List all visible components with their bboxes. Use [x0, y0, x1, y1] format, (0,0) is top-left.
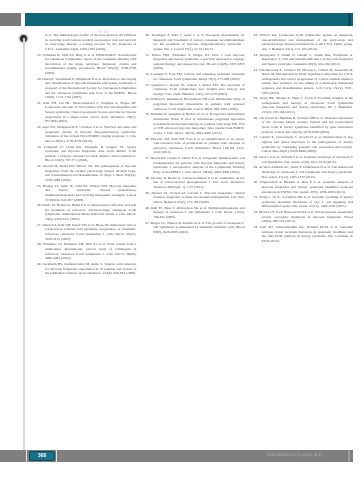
reference-number: 20.	[37, 77, 42, 81]
reference-entry: 33. Querfeld C, Rosen ST, Guitart J, Kuz…	[153, 83, 244, 97]
reference-number: 41.	[145, 221, 150, 225]
reference-entry: 43. Krejsgaard T, Odum N, Geisler C, Was…	[262, 53, 353, 67]
reference-entry: 19. Willemze R, Jaffe ES, Burg G et al. …	[45, 53, 136, 76]
references-column-middle: 30. Trautinger F, Eder J, Assaf C et al.…	[145, 33, 244, 345]
reference-number: 38.	[145, 176, 151, 180]
footer-divider	[56, 450, 57, 462]
reference-number: 50.	[254, 180, 260, 184]
reference-number: 29.	[37, 262, 43, 266]
reference-entry: 23. Campbell JJ, Clark RA, Watanabe R, K…	[45, 145, 136, 163]
reference-entry: 26. Duvic M, Hymes K, Heald P et al. Bex…	[45, 203, 136, 221]
reference-entry: 50. Ungewickell A, Bhaduri A, Rios E et …	[262, 180, 353, 194]
reference-number: 35.	[145, 112, 150, 116]
references-column-left: et al. The immunologic profile of the ho…	[37, 33, 136, 345]
reference-number: 26.	[37, 203, 42, 207]
reference-number: 19.	[37, 53, 43, 57]
reference-number: 34.	[145, 97, 150, 101]
reference-number: 24.	[37, 164, 43, 168]
reference-entry: 32. Lansigan F, Foss FM. Current and eme…	[153, 72, 244, 81]
reference-number: 32.	[145, 72, 151, 76]
reference-number: 33.	[145, 83, 151, 87]
reference-entry: 25. Hwang ST, Janik JE, Jaffe ES, Wilson…	[45, 184, 136, 202]
reference-entry: 39. Zinzani PL, Ferreri AJ, Cerroni L. M…	[153, 191, 244, 205]
reference-number: 47.	[254, 135, 260, 139]
header-teal-bar: J.A. Cotter et al.	[25, 13, 353, 26]
header-gray-block	[0, 13, 21, 26]
reference-number: 40.	[145, 206, 151, 210]
reference-entry: 24. Girardi M, Heald PW, Wilson LD. The …	[45, 164, 136, 182]
reference-entry: 21. Kim YH, Liu HL, Mraz-Gernhard S, Var…	[45, 101, 136, 124]
reference-number: 36.	[145, 137, 151, 141]
reference-entry: 20. Olsen E, Vonderheid E, Pimpinelli N …	[45, 77, 136, 100]
reference-entry: 37. Duarte RF, Canals C, Onida F et al. …	[153, 156, 244, 174]
reference-entry: 52. McGirt LY, Jia P, Baerenwald DA et a…	[262, 210, 353, 224]
references-column-right: 42. Wilcox RA. Cutaneous T-cell lymphoma…	[254, 33, 353, 345]
reference-number: 39.	[145, 191, 151, 195]
reference-entry: 48. Choi J, Goh G, Walradt T et al. Geno…	[262, 155, 353, 164]
reference-entry: et al. The immunologic profile of the ho…	[45, 33, 136, 51]
reference-entry: 44. Netchiporouk E, Litvinov IV, Moreau …	[262, 68, 353, 96]
reference-number: 21.	[37, 101, 43, 105]
reference-number: 27.	[37, 223, 42, 227]
reference-number: 51.	[254, 195, 259, 199]
reference-number: 48.	[254, 155, 259, 159]
references-section: et al. The immunologic profile of the ho…	[37, 33, 353, 345]
reference-number: 46.	[254, 116, 259, 120]
reference-entry: 28. Whittaker SJ, Demierre MF, Kim EJ et…	[45, 242, 136, 260]
reference-entry: 22. Agar NS, Wedgeworth E, Crichton S et…	[45, 125, 136, 143]
reference-entry: 36. Horwitz SM, Kim YH, Foss F et al. Id…	[153, 137, 244, 155]
reference-entry: 30. Trautinger F, Eder J, Assaf C et al.…	[153, 33, 244, 51]
reference-number: 43.	[254, 53, 260, 57]
reference-entry: 34. Wollina U, Dummer R, Brockmeyer NH e…	[153, 97, 244, 111]
footer-journal-info: Nanomedicine (Lond.) 4(4)	[267, 453, 322, 458]
page-number-badge: 368	[29, 451, 55, 461]
reference-entry: 40. Kim EJ, Hess S, Richardson SK et al.…	[153, 206, 244, 220]
reference-number: 44.	[254, 68, 260, 72]
footer-divider	[26, 450, 27, 462]
reference-number: 28.	[37, 242, 43, 246]
reference-number: 22.	[37, 125, 42, 129]
reference-entry: 47. Caprini E, Cristofoletti C, Arcelli …	[262, 135, 353, 153]
reference-number: 52.	[254, 210, 259, 214]
reference-entry: 41. Berger CL, Hanlon D, Kanada D et al.…	[153, 221, 244, 235]
reference-entry: 27. Olsen EA, Kim YH, Kuzel TM et al. Ph…	[45, 223, 136, 241]
reference-number: 30.	[145, 33, 151, 37]
reference-entry: 35. Dummer R, Quaglino P, Becker JC et a…	[153, 112, 244, 135]
reference-number: 23.	[37, 145, 44, 149]
footer-edge-mark	[348, 450, 350, 462]
reference-number: 25.	[37, 184, 43, 188]
reference-entry: 53. Kiel MJ, Sahasrabuddhe AA, Rolland D…	[262, 225, 353, 243]
reference-number: 45.	[254, 96, 260, 100]
reference-entry: 38. Knobler R, Berlin G, Calzavara-Pinto…	[153, 176, 244, 190]
reference-number: 37.	[145, 156, 150, 160]
reference-entry: 49. da Silva Almeida AC, Abate F, Khiaba…	[262, 165, 353, 179]
margin-rule-line	[23, 38, 25, 458]
reference-entry: 42. Wilcox RA. Cutaneous T-cell lymphoma…	[262, 33, 353, 51]
reference-entry: 45. Wong HK, Mishra A, Hake T, Porcu P. …	[262, 96, 353, 114]
reference-entry: 51. Wang L, Ni X, Covington KR et al. Ge…	[262, 195, 353, 209]
reference-entry: 46. van Doorn R, Dijkman R, Vermeer MH e…	[262, 116, 353, 134]
reference-entry: 31. Prince HM, Whittaker S, Hoppe RT. Ho…	[153, 53, 244, 71]
reference-number: 49.	[254, 165, 259, 169]
reference-number: 53.	[254, 225, 260, 229]
reference-number: 42.	[254, 33, 260, 37]
reference-number: 31.	[145, 53, 152, 57]
reference-entry: 29. Zackheim HS, Kashani-Sabet M, Amin S…	[45, 262, 136, 276]
